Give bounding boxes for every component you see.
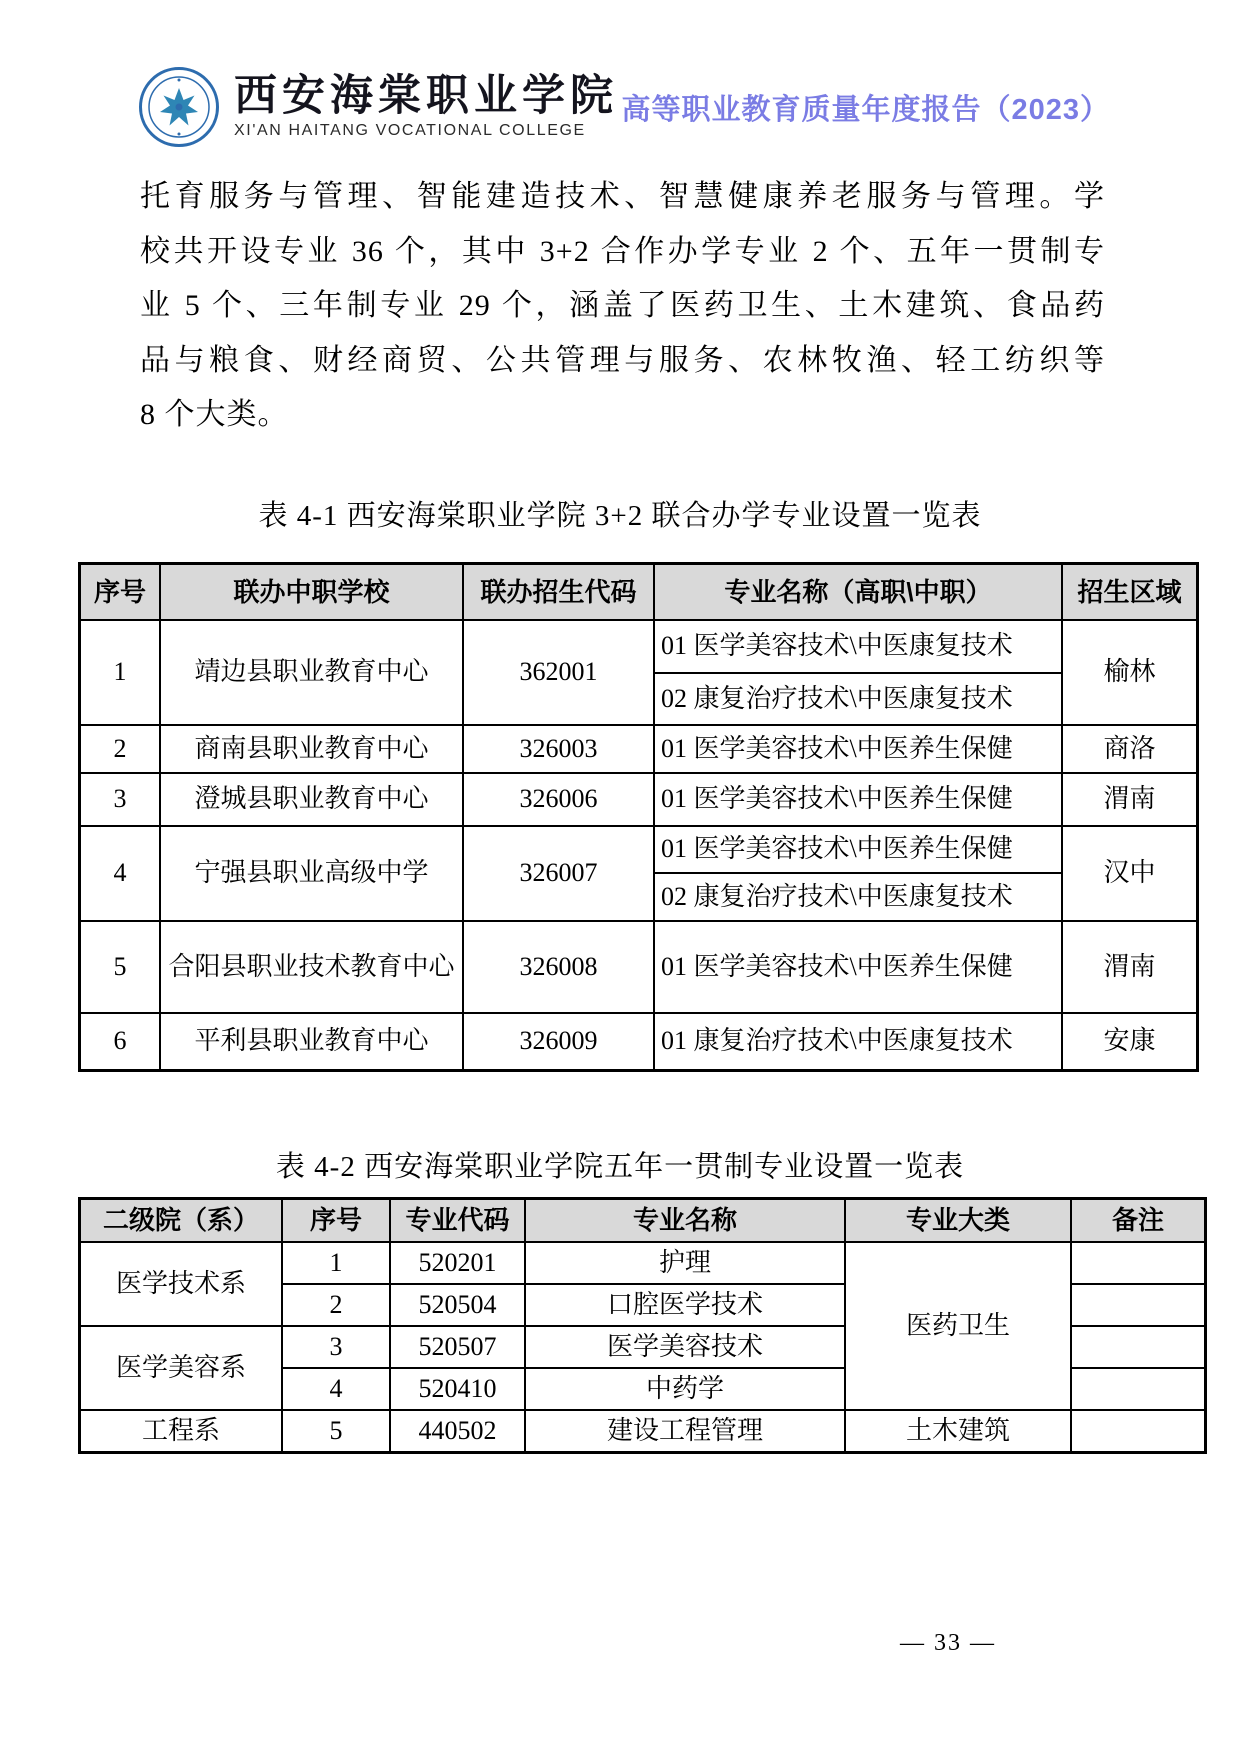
header-cell-no: 序号	[80, 563, 161, 620]
intro-paragraph: 托育服务与管理、智能建造技术、智慧健康养老服务与管理。学 校共开设专业 36 个…	[140, 170, 1105, 443]
table-row: 2 商南县职业教育中心 326003 01 医学美容技术\中医养生保健 商洛	[80, 725, 1198, 773]
school-cell: 平利县职业教育中心	[160, 1013, 463, 1070]
code-cell: 326003	[463, 725, 654, 773]
table-row: 5 合阳县职业技术教育中心 326008 01 医学美容技术\中医养生保健 渭南	[80, 921, 1198, 1013]
major-cell: 建设工程管理	[525, 1410, 845, 1452]
category-cell: 土木建筑	[845, 1410, 1071, 1452]
college-name-en: XI'AN HAITANG VOCATIONAL COLLEGE	[234, 122, 618, 140]
header-cell-school: 联办中职学校	[160, 563, 463, 620]
region-cell: 商洛	[1062, 725, 1198, 773]
table-row: 6 平利县职业教育中心 326009 01 康复治疗技术\中医康复技术 安康	[80, 1013, 1198, 1070]
table-row: 医学技术系 1 520201 护理 医药卫生	[80, 1242, 1206, 1284]
document-page: 西安海棠职业学院 XI'AN HAITANG VOCATIONAL COLLEG…	[0, 0, 1240, 1754]
table-joint-programs: 序号 联办中职学校 联办招生代码 专业名称（高职\中职） 招生区域 1 靖边县职…	[78, 562, 1199, 1072]
code-cell: 520201	[390, 1242, 525, 1284]
region-cell: 渭南	[1062, 773, 1198, 826]
note-cell	[1071, 1410, 1206, 1452]
page-number: — 33 —	[900, 1630, 996, 1657]
no-cell: 3	[282, 1326, 390, 1368]
major-cell: 01 医学美容技术\中医养生保健	[654, 773, 1062, 826]
table-five-year-programs: 二级院（系） 序号 专业代码 专业名称 专业大类 备注 医学技术系 1 5202…	[78, 1197, 1207, 1454]
paragraph-line: 业 5 个、三年制专业 29 个，涵盖了医药卫生、土木建筑、食品药	[140, 279, 1105, 334]
paragraph-line: 托育服务与管理、智能建造技术、智慧健康养老服务与管理。学	[140, 170, 1105, 225]
code-cell: 326008	[463, 921, 654, 1013]
code-cell: 326007	[463, 826, 654, 921]
dept-cell: 医学美容系	[80, 1326, 283, 1410]
table-row: 4 宁强县职业高级中学 326007 01 医学美容技术\中医养生保健 汉中	[80, 826, 1198, 873]
no-cell: 5	[282, 1410, 390, 1452]
code-cell: 520504	[390, 1284, 525, 1326]
dept-cell: 工程系	[80, 1410, 283, 1452]
region-cell: 安康	[1062, 1013, 1198, 1070]
dept-cell: 医学技术系	[80, 1242, 283, 1326]
table2-header-row: 二级院（系） 序号 专业代码 专业名称 专业大类 备注	[80, 1198, 1206, 1242]
region-cell: 榆林	[1062, 620, 1198, 725]
header-cell-note: 备注	[1071, 1198, 1206, 1242]
school-cell: 澄城县职业教育中心	[160, 773, 463, 826]
major-cell: 01 医学美容技术\中医养生保健	[654, 921, 1062, 1013]
no-cell: 5	[80, 921, 161, 1013]
school-cell: 宁强县职业高级中学	[160, 826, 463, 921]
code-cell: 440502	[390, 1410, 525, 1452]
paragraph-line: 校共开设专业 36 个，其中 3+2 合作办学专业 2 个、五年一贯制专	[140, 225, 1105, 280]
major-cell: 01 康复治疗技术\中医康复技术	[654, 1013, 1062, 1070]
school-cell: 靖边县职业教育中心	[160, 620, 463, 725]
no-cell: 2	[282, 1284, 390, 1326]
code-cell: 520410	[390, 1368, 525, 1410]
major-cell: 02 康复治疗技术\中医康复技术	[654, 873, 1062, 921]
header-cell-region: 招生区域	[1062, 563, 1198, 620]
school-cell: 合阳县职业技术教育中心	[160, 921, 463, 1013]
major-cell: 口腔医学技术	[525, 1284, 845, 1326]
header-cell-code: 联办招生代码	[463, 563, 654, 620]
table-row: 工程系 5 440502 建设工程管理 土木建筑	[80, 1410, 1206, 1452]
no-cell: 4	[80, 826, 161, 921]
note-cell	[1071, 1284, 1206, 1326]
header-cell-major: 专业名称	[525, 1198, 845, 1242]
table1-header-row: 序号 联办中职学校 联办招生代码 专业名称（高职\中职） 招生区域	[80, 563, 1198, 620]
table-row: 1 靖边县职业教育中心 362001 01 医学美容技术\中医康复技术 榆林	[80, 620, 1198, 673]
header-cell-code: 专业代码	[390, 1198, 525, 1242]
major-cell: 01 医学美容技术\中医康复技术	[654, 620, 1062, 673]
major-cell: 01 医学美容技术\中医养生保健	[654, 725, 1062, 773]
college-logo-text: 西安海棠职业学院 XI'AN HAITANG VOCATIONAL COLLEG…	[234, 74, 618, 140]
region-cell: 渭南	[1062, 921, 1198, 1013]
no-cell: 6	[80, 1013, 161, 1070]
note-cell	[1071, 1326, 1206, 1368]
page-header: 西安海棠职业学院 XI'AN HAITANG VOCATIONAL COLLEG…	[0, 0, 1240, 148]
report-title: 高等职业教育质量年度报告（2023）	[621, 87, 1110, 128]
paragraph-line: 8 个大类。	[140, 388, 1105, 443]
no-cell: 4	[282, 1368, 390, 1410]
code-cell: 326006	[463, 773, 654, 826]
code-cell: 326009	[463, 1013, 654, 1070]
category-cell: 医药卫生	[845, 1242, 1071, 1410]
no-cell: 3	[80, 773, 161, 826]
no-cell: 1	[282, 1242, 390, 1284]
major-cell: 01 医学美容技术\中医养生保健	[654, 826, 1062, 873]
header-cell-dept: 二级院（系）	[80, 1198, 283, 1242]
college-logo: 西安海棠职业学院 XI'AN HAITANG VOCATIONAL COLLEG…	[138, 66, 618, 148]
table2-title: 表 4-2 西安海棠职业学院五年一贯制专业设置一览表	[0, 1144, 1240, 1185]
table-row: 3 澄城县职业教育中心 326006 01 医学美容技术\中医养生保健 渭南	[80, 773, 1198, 826]
college-name-zh: 西安海棠职业学院	[234, 74, 618, 119]
paragraph-line: 品与粮食、财经商贸、公共管理与服务、农林牧渔、轻工纺织等	[140, 334, 1105, 389]
code-cell: 520507	[390, 1326, 525, 1368]
header-cell-major: 专业名称（高职\中职）	[654, 563, 1062, 620]
major-cell: 中药学	[525, 1368, 845, 1410]
note-cell	[1071, 1368, 1206, 1410]
major-cell: 护理	[525, 1242, 845, 1284]
college-emblem-icon	[138, 66, 220, 148]
no-cell: 2	[80, 725, 161, 773]
major-cell: 医学美容技术	[525, 1326, 845, 1368]
table1-title: 表 4-1 西安海棠职业学院 3+2 联合办学专业设置一览表	[0, 493, 1240, 534]
header-cell-category: 专业大类	[845, 1198, 1071, 1242]
no-cell: 1	[80, 620, 161, 725]
major-cell: 02 康复治疗技术\中医康复技术	[654, 673, 1062, 725]
region-cell: 汉中	[1062, 826, 1198, 921]
header-cell-no: 序号	[282, 1198, 390, 1242]
school-cell: 商南县职业教育中心	[160, 725, 463, 773]
code-cell: 362001	[463, 620, 654, 725]
note-cell	[1071, 1242, 1206, 1284]
